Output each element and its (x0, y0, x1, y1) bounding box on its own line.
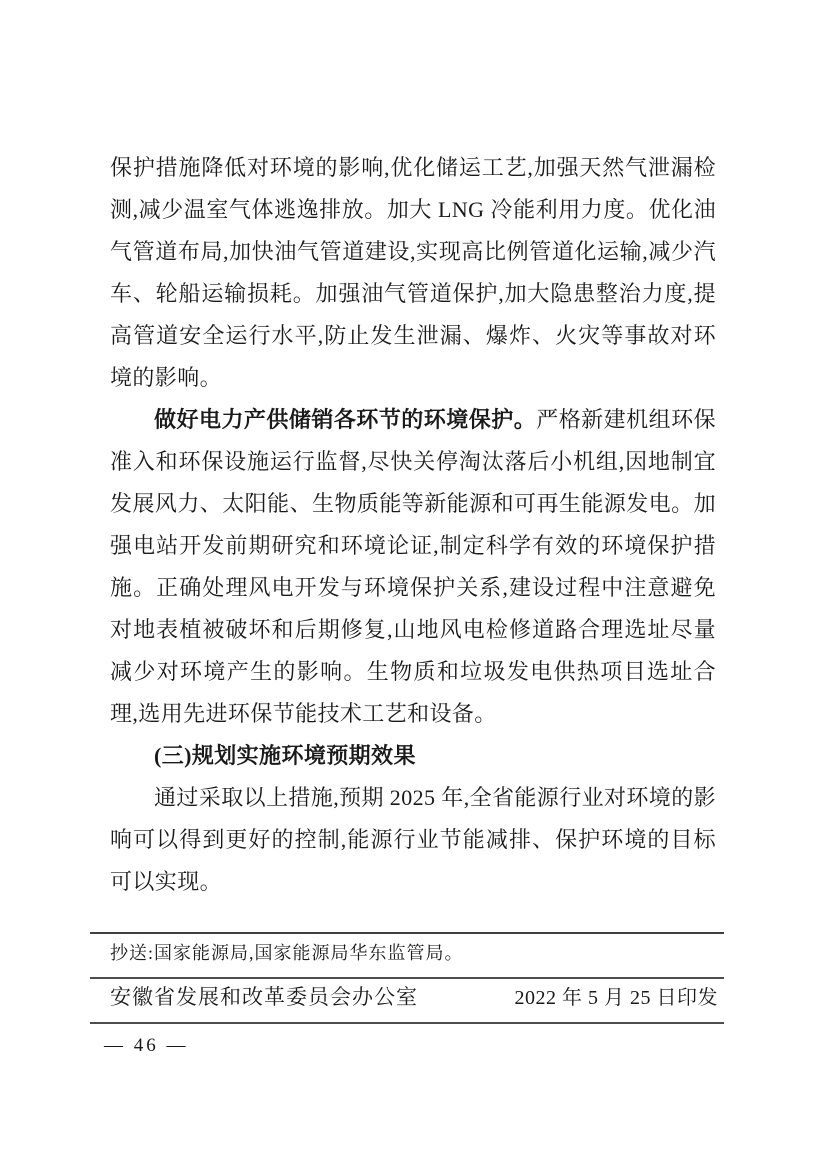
document-page: 保护措施降低对环境的影响,优化储运工艺,加强天然气泄漏检测,减少温室气体逃逸排放… (0, 0, 826, 1169)
paragraph-text: 严格新建机组环保准入和环保设施运行监督,尽快关停淘汰落后小机组,因地制宜发展风力… (110, 407, 716, 726)
issuer-name: 安徽省发展和改革委员会办公室 (110, 982, 418, 1012)
footer-divider-top (90, 932, 724, 934)
paragraph-storage-transport: 保护措施降低对环境的影响,优化储运工艺,加强天然气泄漏检测,减少温室气体逃逸排放… (110, 147, 716, 399)
paragraph-bold-lead: 做好电力产供储销各环节的环境保护。 (154, 407, 536, 432)
paragraph-text: 通过采取以上措施,预期 2025 年,全省能源行业对环境的影响可以得到更好的控制… (110, 785, 716, 894)
page-number: — 46 — (104, 1032, 189, 1060)
document-body: 保护措施降低对环境的影响,优化储运工艺,加强天然气泄漏检测,减少温室气体逃逸排放… (110, 147, 716, 903)
section-heading: (三)规划实施环境预期效果 (110, 735, 716, 777)
paragraph-text: 保护措施降低对环境的影响,优化储运工艺,加强天然气泄漏检测,减少温室气体逃逸排放… (110, 155, 716, 390)
issuer-row: 安徽省发展和改革委员会办公室 2022 年 5 月 25 日印发 (110, 982, 718, 1013)
cc-line: 抄送:国家能源局,国家能源局华东监管局。 (110, 938, 718, 968)
paragraph-power-environment: 做好电力产供储销各环节的环境保护。严格新建机组环保准入和环保设施运行监督,尽快关… (110, 399, 716, 735)
footer-divider-middle (90, 977, 724, 979)
paragraph-expected-effect: 通过采取以上措施,预期 2025 年,全省能源行业对环境的影响可以得到更好的控制… (110, 777, 716, 903)
footer-divider-bottom (90, 1022, 724, 1024)
print-date: 2022 年 5 月 25 日印发 (515, 983, 719, 1013)
